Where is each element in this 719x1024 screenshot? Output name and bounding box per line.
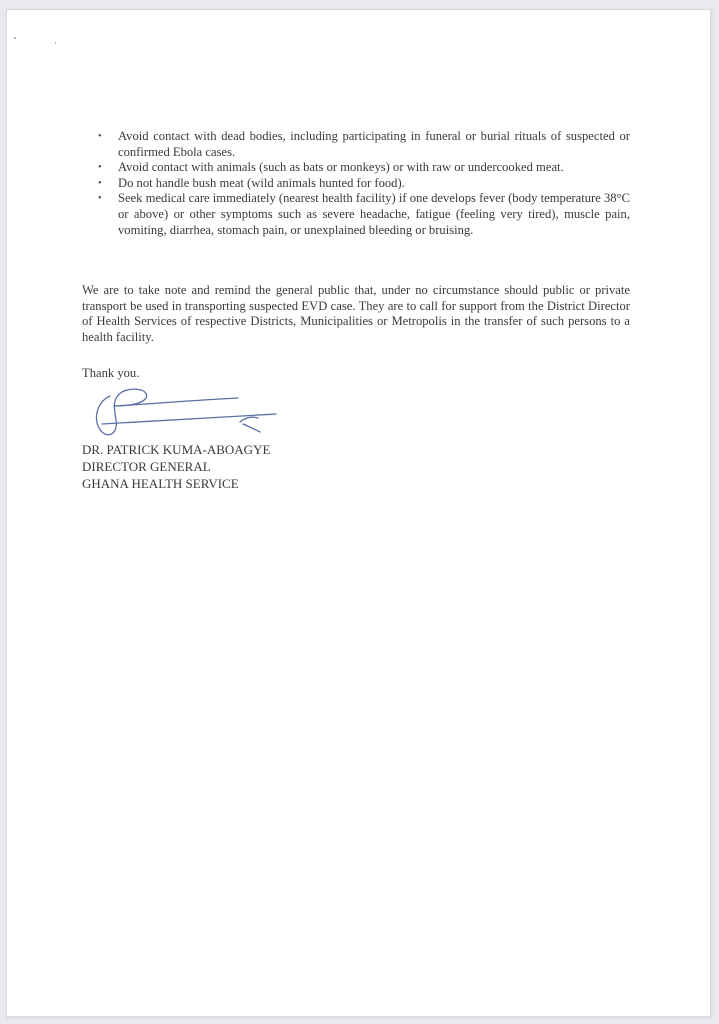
signature-icon (88, 384, 288, 444)
signatory-organization: GHANA HEALTH SERVICE (82, 475, 270, 492)
signature-block: DR. PATRICK KUMA-ABOAGYE DIRECTOR GENERA… (82, 441, 270, 492)
list-item: Avoid contact with dead bodies, includin… (118, 129, 630, 160)
precautions-list: Avoid contact with dead bodies, includin… (118, 129, 630, 238)
list-item: Seek medical care immediately (nearest h… (118, 191, 630, 238)
list-item: Do not handle bush meat (wild animals hu… (118, 176, 630, 192)
closing-text: Thank you. (82, 366, 139, 381)
transport-notice-paragraph: We are to take note and remind the gener… (82, 283, 630, 345)
signatory-title: DIRECTOR GENERAL (82, 458, 270, 475)
list-item: Avoid contact with animals (such as bats… (118, 160, 630, 176)
scan-speck (14, 37, 16, 39)
scan-speck (55, 42, 56, 44)
signatory-name: DR. PATRICK KUMA-ABOAGYE (82, 441, 270, 458)
